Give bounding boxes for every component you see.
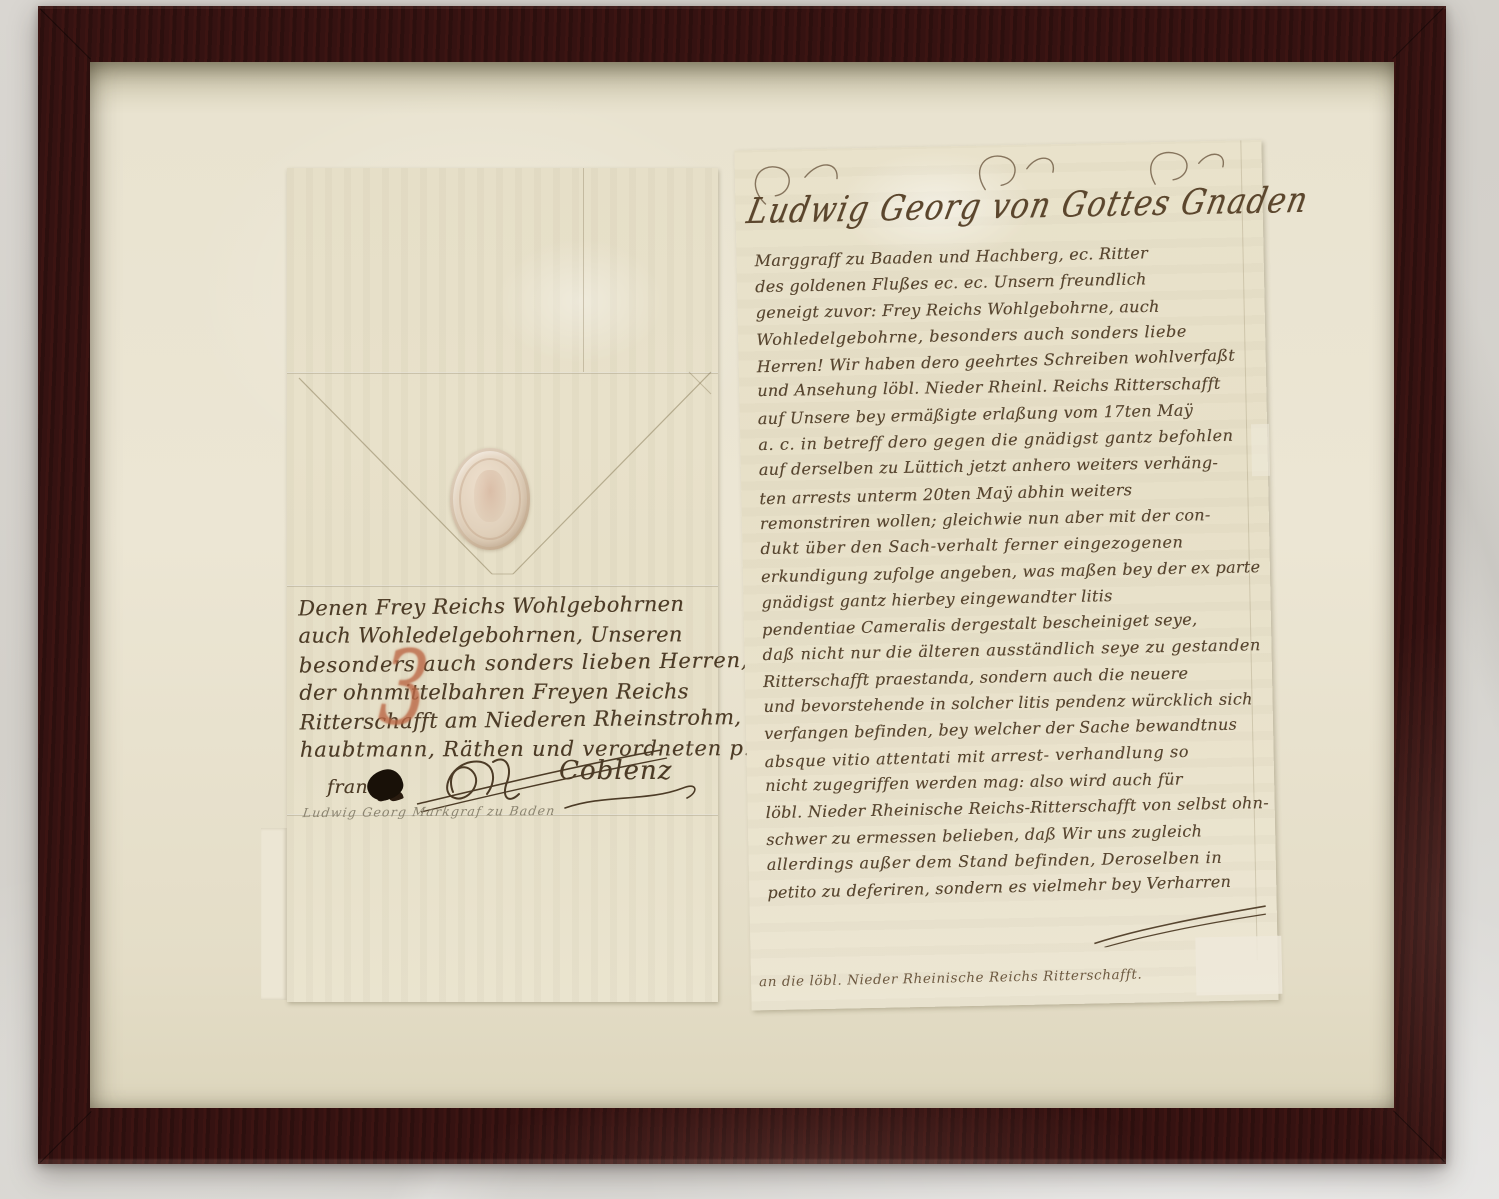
pencil-attribution: Ludwig Georg Markgraf zu Baden <box>302 803 557 820</box>
postal-rate-mark: 3 <box>376 634 433 742</box>
photograph: Denen Frey Reichs Wohlgebohrnenauch Wohl… <box>0 0 1499 1199</box>
address-line: auch Wohledelgebohrnen, Unseren <box>298 620 706 650</box>
place-name: Coblenz <box>559 756 672 786</box>
folded-letter-cover: Denen Frey Reichs Wohlgebohrnenauch Wohl… <box>287 168 718 1002</box>
address-line: besonders auch sonders lieben Herren, <box>299 647 707 681</box>
address-line: Denen Frey Reichs Wohlgebohrnen <box>298 590 706 624</box>
wax-seal <box>450 448 530 550</box>
paper-flap <box>261 828 287 1000</box>
docket-line: an die löbl. Nieder Rheinische Reichs Ri… <box>759 967 1143 991</box>
address-line: der ohnmittelbahren Freyen Reichs <box>299 677 707 707</box>
manuscript-page: Ludwig Georg von Gottes Gnaden Marggraff… <box>734 140 1278 1010</box>
closing-flourish <box>1090 900 1271 948</box>
fold-crease <box>583 168 584 372</box>
ink-blot <box>364 766 406 804</box>
letter-body: Marggraff zu Baaden und Hachberg, ec. Ri… <box>754 238 1267 905</box>
